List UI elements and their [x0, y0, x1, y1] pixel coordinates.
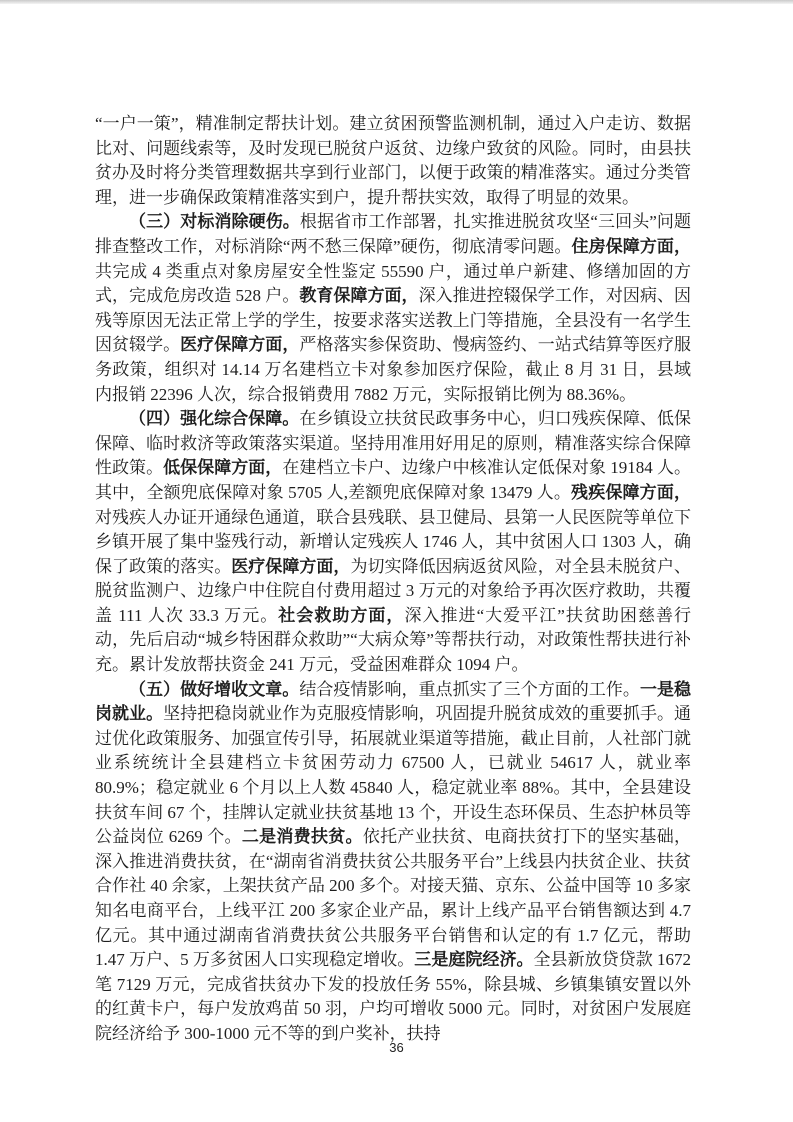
text-run: 坚持把稳岗就业作为克服疫情影响，巩固提升脱贫成效的重要抓手。通过优化政策服务、加…	[95, 704, 691, 846]
bold-text-run: （三）对标消除硬伤。	[129, 212, 300, 231]
bold-text-run: 三是庭院经济。	[414, 950, 533, 969]
bold-text-run: 二是消费扶贫。	[242, 827, 363, 846]
bold-text-run: 住房保障方面，	[572, 237, 692, 256]
text-run: “一户一策”，精准制定帮扶计划。建立贫困预警监测机制，通过入户走访、数据比对、问…	[95, 114, 691, 207]
bold-text-run: 社会救助方面，	[278, 606, 404, 625]
paragraph: “一户一策”，精准制定帮扶计划。建立贫困预警监测机制，通过入户走访、数据比对、问…	[95, 112, 691, 210]
bold-text-run: 教育保障方面，	[299, 286, 418, 305]
document-body: “一户一策”，精准制定帮扶计划。建立贫困预警监测机制，通过入户走访、数据比对、问…	[95, 112, 691, 1047]
bold-text-run: （四）强化综合保障。	[129, 409, 299, 428]
paragraph: （四）强化综合保障。在乡镇设立扶贫民政事务中心，归口残疾保障、低保保障、临时救济…	[95, 407, 691, 678]
paragraph: （五）做好增收文章。结合疫情影响，重点抓实了三个方面的工作。一是稳岗就业。坚持把…	[95, 678, 691, 1047]
bold-text-run: （五）做好增收文章。	[129, 680, 299, 699]
page-number: 36	[0, 1040, 793, 1055]
text-run: 结合疫情影响，重点抓实了三个方面的工作。	[299, 680, 640, 699]
bold-text-run: 残疾保障方面，	[571, 483, 691, 502]
bold-text-run: 医疗保障方面，	[180, 335, 299, 354]
bold-text-run: 医疗保障方面，	[231, 557, 350, 576]
paragraph: （三）对标消除硬伤。根据省市工作部署，扎实推进脱贫攻坚“三回头”问题排查整改工作…	[95, 210, 691, 407]
document-page: “一户一策”，精准制定帮扶计划。建立贫困预警监测机制，通过入户走访、数据比对、问…	[0, 0, 793, 1122]
scan-top-edge	[0, 0, 793, 4]
text-run: 依托产业扶贫、电商扶贫打下的坚实基础，深入推进消费扶贫，在“湖南省消费扶贫公共服…	[95, 827, 691, 969]
bold-text-run: 低保保障方面，	[163, 458, 282, 477]
